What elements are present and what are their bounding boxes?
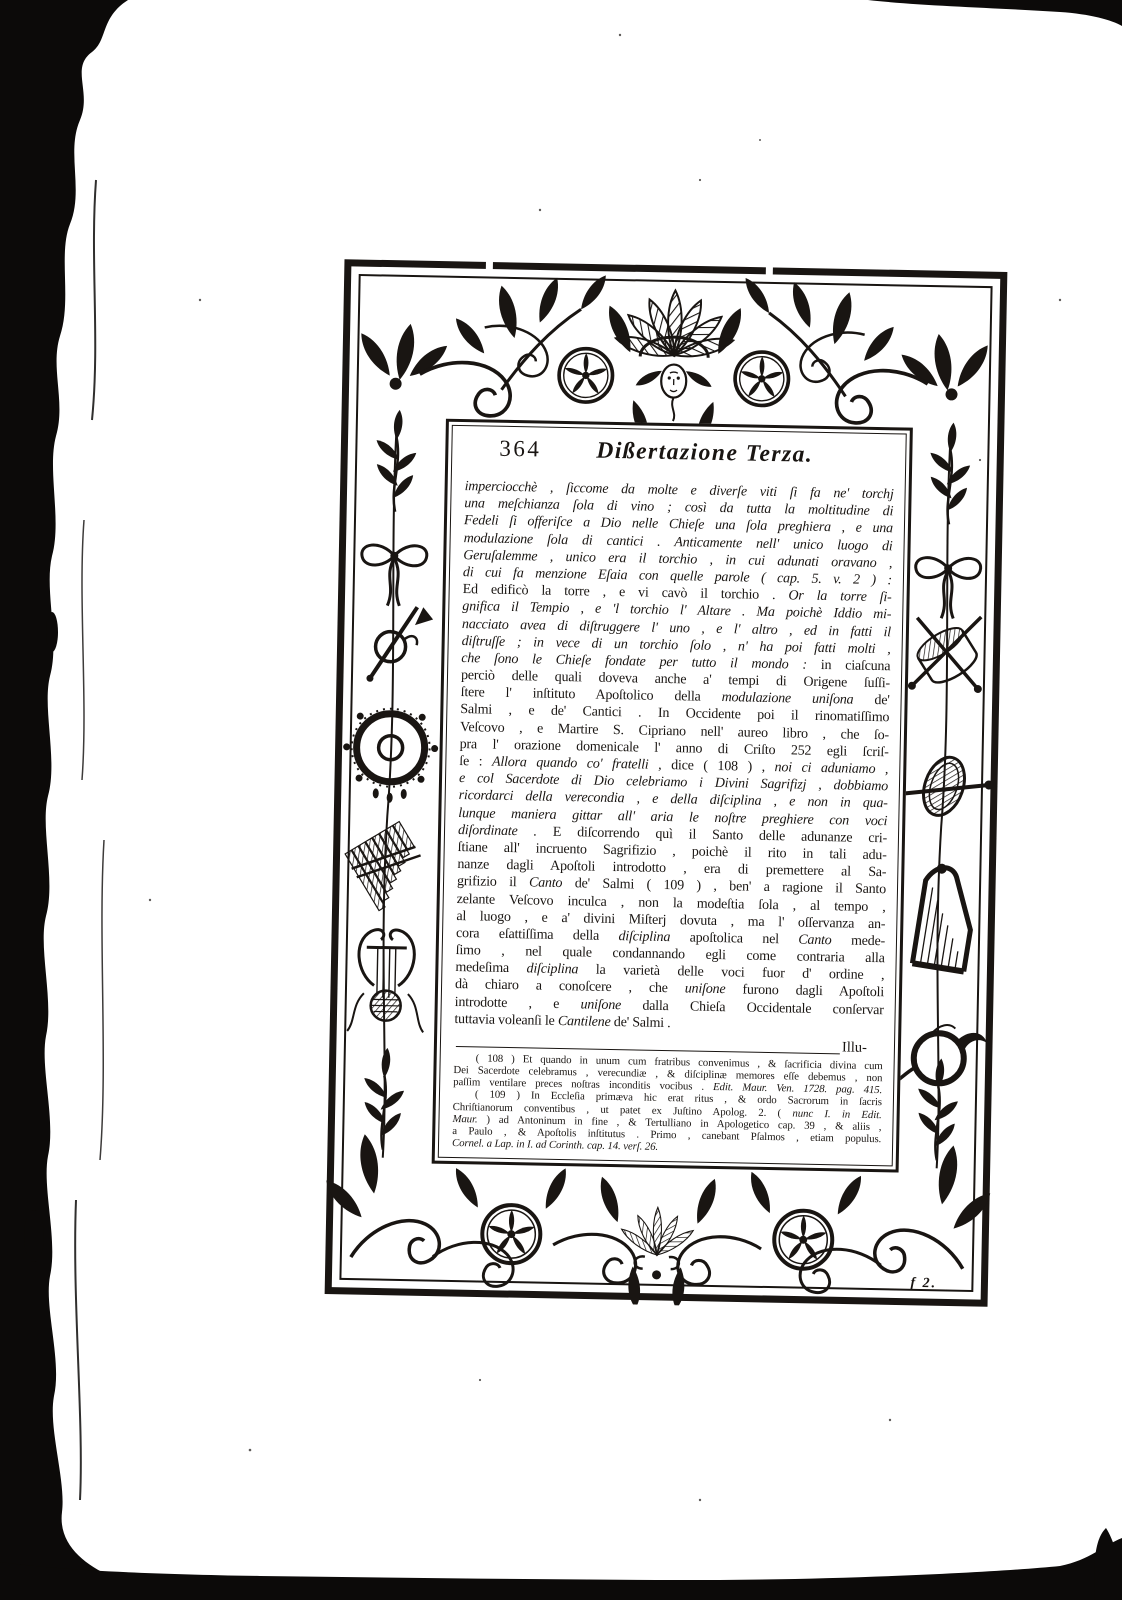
catchword: Illu-: [842, 1039, 867, 1056]
pan-pipes-icon: [343, 821, 434, 912]
flower-medallion: [559, 348, 613, 402]
text-frame-inner-rule: 364 Dißertazione Terza. imperciocchè , ſ…: [438, 425, 907, 1167]
bottom-right-blot: [1094, 1528, 1122, 1600]
lyre-icon: [347, 929, 425, 1032]
acanthus-scroll: [419, 362, 511, 417]
footnotes: ( 108 ) Et quando in unum cum fratribus …: [452, 1052, 883, 1157]
text-frame: 364 Dißertazione Terza. imperciocchè , ſ…: [432, 419, 913, 1173]
binding-streaks: [75, 180, 104, 1500]
horn-and-baton-icon: [366, 606, 433, 683]
drum-icon: [908, 616, 983, 693]
center-palmette-icon: [618, 1207, 696, 1280]
page-header: 364 Dißertazione Terza.: [465, 435, 895, 479]
flower-medallion: [482, 1205, 541, 1264]
mask-icon: [633, 364, 714, 422]
running-title: Dißertazione Terza.: [541, 437, 894, 471]
printed-plate: 364 Dißertazione Terza. imperciocchè , ſ…: [316, 255, 1016, 1312]
harp-icon: [912, 862, 980, 972]
page-number: 364: [499, 436, 541, 463]
shell-fan-icon: [614, 289, 736, 362]
left-border-instrument-trophy: [335, 409, 444, 1159]
body-text: imperciocchè , ſiccome da molte e diverſ…: [454, 478, 893, 1036]
binding-edge-left: [0, 0, 128, 1600]
signature-mark: f 2.: [910, 1276, 937, 1293]
scanned-book-page: { "page": { "number": "364", "running_ti…: [0, 0, 1122, 1600]
suspension-cord: [379, 424, 398, 1158]
corner-leaf-cluster: [354, 321, 451, 390]
top-right-streak: [868, 0, 1122, 26]
page-bottom-shadow: [0, 1538, 1122, 1600]
